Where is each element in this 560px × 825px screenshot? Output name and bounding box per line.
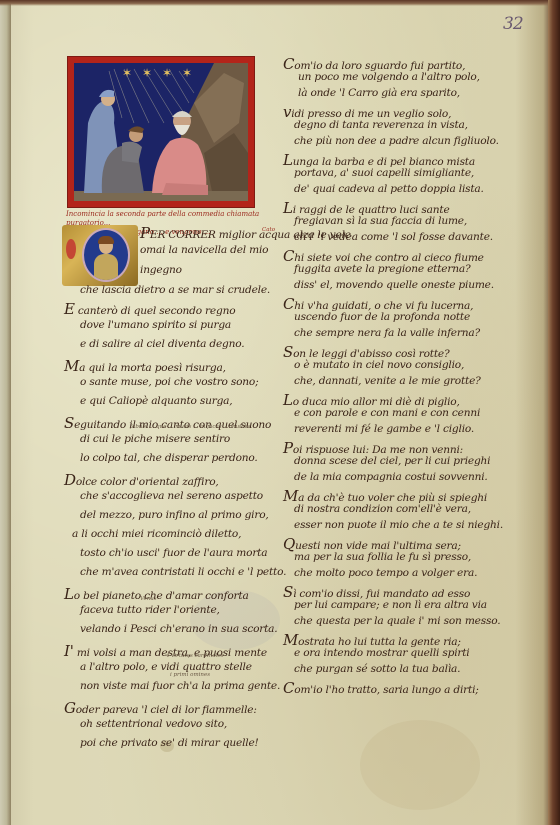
verse-line: non viste mai fuor ch'a la prima gente. <box>80 680 280 692</box>
folio-number: 32 <box>503 14 523 34</box>
verse-line: del mezzo, puro infino al primo giro, <box>80 509 269 521</box>
verse-line: Goder pareva 'l ciel di lor fiammelle: <box>64 699 257 717</box>
verse-line: Com'io l'ho tratto, saria lungo a dirti; <box>283 679 479 697</box>
miniature-scene: ✶ ✶ ✶ ✶ <box>74 63 248 201</box>
verse-line: esser non puote il mio che a te si niegh… <box>294 519 503 531</box>
verse-line: lo colpo tal, che disperar perdono. <box>80 452 258 464</box>
verse-line: di cui le piche misere sentiro <box>80 433 230 445</box>
manuscript-folio: 32 ✶ ✶ ✶ ✶ <box>0 0 560 825</box>
verse-line: a l'altro polo, e vidi quattro stelle <box>80 661 252 673</box>
verse-line: oh settentrional vedovo sito, <box>80 718 227 730</box>
verse-line: diss' el, movendo quelle oneste piume. <box>294 279 494 291</box>
verse-line: tosto ch'io usci' fuor de l'aura morta <box>80 547 267 559</box>
verse-line: portava, a' suoi capelli simigliante, <box>294 167 474 179</box>
page-top-edge <box>0 0 560 6</box>
verse-line: che lascia dietro a se mar si crudele. <box>80 284 270 296</box>
verse-line: fregiavan sì la sua faccia di lume, <box>294 215 467 227</box>
page-right-edge <box>548 0 560 825</box>
binding-gutter-edge <box>0 0 11 825</box>
verse-line: velando i Pesci ch'erano in sua scorta. <box>80 623 277 635</box>
verse-line: là onde 'l Carro già era sparito, <box>298 87 460 99</box>
marginal-gloss: Cato <box>262 227 275 233</box>
verse-line: dove l'umano spirito si purga <box>80 319 231 331</box>
verse-line: ch'i' 'l vedea come 'l sol fosse davante… <box>294 231 493 243</box>
initial-flourish <box>66 239 76 259</box>
verse-line: che questa per la quale i' mi son messo. <box>294 615 500 627</box>
verse-line: per lui campare; e non lì era altra via <box>294 599 487 611</box>
verse-line: ingegno <box>140 264 182 276</box>
verse-line: omai la navicella del mio <box>140 244 268 256</box>
svg-text:✶: ✶ <box>162 66 172 80</box>
interlinear-gloss: 4 virtutes cardinales <box>166 653 223 659</box>
verse-line: de la mia compagnia costui sovvenni. <box>294 471 488 483</box>
verse-line: di nostra condizion com'ell'è vera, <box>294 503 471 515</box>
verse-line: e di salire al ciel diventa degno. <box>80 338 244 350</box>
verse-line: che s'accoglieva nel sereno aspetto <box>80 490 263 502</box>
verse-line: e con parole e con mani e con cenni <box>294 407 480 419</box>
verse-line: faceva tutto rider l'oriente, <box>80 604 220 616</box>
verse-line: e qui Caliopè alquanto surga, <box>80 395 232 407</box>
svg-text:✶: ✶ <box>182 66 192 80</box>
initial-portrait-roundel <box>82 228 130 282</box>
verse-line: che, dannati, venite a le mie grotte? <box>294 375 481 387</box>
verse-line: che sempre nera fa la valle inferna? <box>294 327 480 339</box>
verse-line: poi che privato se' di mirar quelle! <box>80 737 259 749</box>
verse-line: un poco me volgendo a l'altro polo, <box>298 71 480 83</box>
verse-line: a li occhi miei ricominciò diletto, <box>72 528 241 540</box>
historiated-initial <box>62 225 138 286</box>
verse-line: Ma qui la morta poesì risurga, <box>64 357 226 375</box>
verse-line: de' quai cadeva al petto doppia lista. <box>294 183 484 195</box>
verse-line: che purgan sé sotto la tua balìa. <box>294 663 460 675</box>
verse-line: ma per la sua follia le fu sì presso, <box>294 551 471 563</box>
verse-line: che più non dee a padre alcun figliuolo. <box>294 135 499 147</box>
verse-line: degno di tanta reverenza in vista, <box>294 119 468 131</box>
parchment-stain <box>360 720 480 810</box>
interlinear-gloss: i primi omines <box>170 672 210 678</box>
interlinear-gloss: fabule ... que ... musis ... in picas ..… <box>130 424 250 430</box>
verse-line: che m'avea contristati li occhi e 'l pet… <box>80 566 286 578</box>
verse-line: donna scese del ciel, per li cui prieghi <box>294 455 490 467</box>
verse-line: E canterò di quel secondo regno <box>64 300 235 318</box>
verse-line: e ora intendo mostrar quelli spirti <box>294 647 470 659</box>
verse-line: fuggita avete la pregione etterna? <box>294 263 470 275</box>
svg-text:✶: ✶ <box>142 66 152 80</box>
verse-line: Dolce color d'oriental zaffiro, <box>64 471 219 489</box>
miniature-illumination: ✶ ✶ ✶ ✶ <box>68 57 254 207</box>
verse-line: o è mutato in ciel novo consiglio, <box>294 359 464 371</box>
interlinear-gloss: Venus <box>140 596 157 602</box>
verse-line: che molto poco tempo a volger era. <box>294 567 477 579</box>
verse-line: reverenti mi fé le gambe e 'l ciglio. <box>294 423 474 435</box>
verse-line: uscendo fuor de la profonda notte <box>294 311 470 323</box>
portrait-figure-icon <box>94 238 118 280</box>
verse-line: o sante muse, poi che vostro sono; <box>80 376 258 388</box>
svg-text:✶: ✶ <box>122 66 132 80</box>
